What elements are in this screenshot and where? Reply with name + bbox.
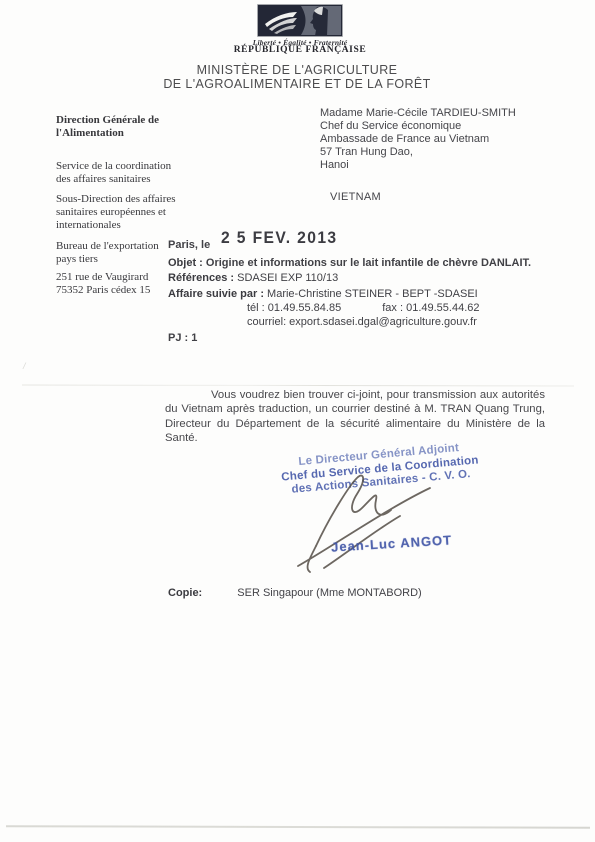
ministry-title-line1: MINISTÈRE DE L'AGRICULTURE [77, 64, 517, 78]
sender-direction: Direction Générale de l'Alimentation [56, 114, 178, 140]
objet-row: Objet : Origine et informations sur le l… [168, 257, 531, 269]
sender-address-line1: 251 rue de Vaugirard [56, 271, 178, 284]
suivi-label: Affaire suivie par : [168, 288, 264, 300]
scan-artifact-line-bottom [6, 825, 590, 829]
objet-label: Objet : [168, 257, 203, 269]
marianne-flag-icon [257, 4, 343, 37]
sender-address: 251 rue de Vaugirard 75352 Paris cédex 1… [56, 271, 178, 297]
courriel-row: courriel: export.sdasei.dgal@agriculture… [247, 316, 477, 328]
sender-block: Direction Générale de l'Alimentation Ser… [56, 114, 178, 304]
references-row: Références : SDASEI EXP 110/13 [168, 272, 338, 284]
sender-sous-direction: Sous-Direction des affaires sanitaires e… [56, 193, 178, 232]
references-value: SDASEI EXP 110/13 [237, 272, 338, 284]
place-date-label: Paris, le [168, 239, 210, 251]
tel-value: tél : 01.49.55.84.85 [247, 302, 341, 314]
recipient-block: Madame Marie-Cécile TARDIEU-SMITH Chef d… [320, 107, 550, 204]
republique-francaise-label: RÉPUBLIQUE FRANÇAISE [197, 45, 403, 55]
objet-value: Origine et informations sur le lait infa… [206, 257, 531, 269]
pj-row: PJ : 1 [168, 332, 197, 344]
scan-artifact-mark: / [23, 361, 30, 370]
suivi-row: Affaire suivie par : Marie-Christine STE… [168, 288, 478, 300]
references-label: Références : [168, 272, 234, 284]
recipient-name: Madame Marie-Cécile TARDIEU-SMITH [320, 107, 550, 120]
date-stamp: 2 5 FEV. 2013 [221, 228, 337, 248]
recipient-title: Chef du Service économique [320, 120, 550, 133]
handwritten-signature-icon [288, 468, 468, 573]
recipient-country: VIETNAM [330, 191, 550, 204]
republique-francaise-logo [257, 4, 343, 37]
sender-service: Service de la coordination des affaires … [56, 160, 178, 186]
fax-value: fax : 01.49.55.44.62 [382, 302, 479, 314]
recipient-street: 57 Tran Hung Dao, [320, 146, 550, 159]
sender-address-line2: 75352 Paris cédex 15 [56, 284, 178, 297]
copy-value: SER Singapour (Mme MONTABORD) [237, 587, 421, 599]
scanned-letter-page: Liberté • Égalité • Fraternité RÉPUBLIQU… [0, 0, 595, 842]
recipient-org: Ambassade de France au Vietnam [320, 133, 550, 146]
suivi-value: Marie-Christine STEINER - BEPT -SDASEI [267, 288, 478, 300]
copy-label: Copie: [168, 587, 202, 599]
ministry-title: MINISTÈRE DE L'AGRICULTURE DE L'AGROALIM… [77, 64, 517, 91]
recipient-city: Hanoi [320, 159, 550, 172]
sender-bureau: Bureau de l'exportation pays tiers [56, 240, 178, 266]
letter-body-paragraph: Vous voudrez bien trouver ci-joint, pour… [165, 388, 545, 445]
scan-artifact-line-middle [22, 385, 574, 387]
tel-fax-row: tél : 01.49.55.84.85 fax : 01.49.55.44.6… [247, 302, 480, 314]
ministry-title-line2: DE L'AGROALIMENTAIRE ET DE LA FORÊT [77, 78, 517, 92]
copy-row: Copie: SER Singapour (Mme MONTABORD) [168, 587, 422, 599]
